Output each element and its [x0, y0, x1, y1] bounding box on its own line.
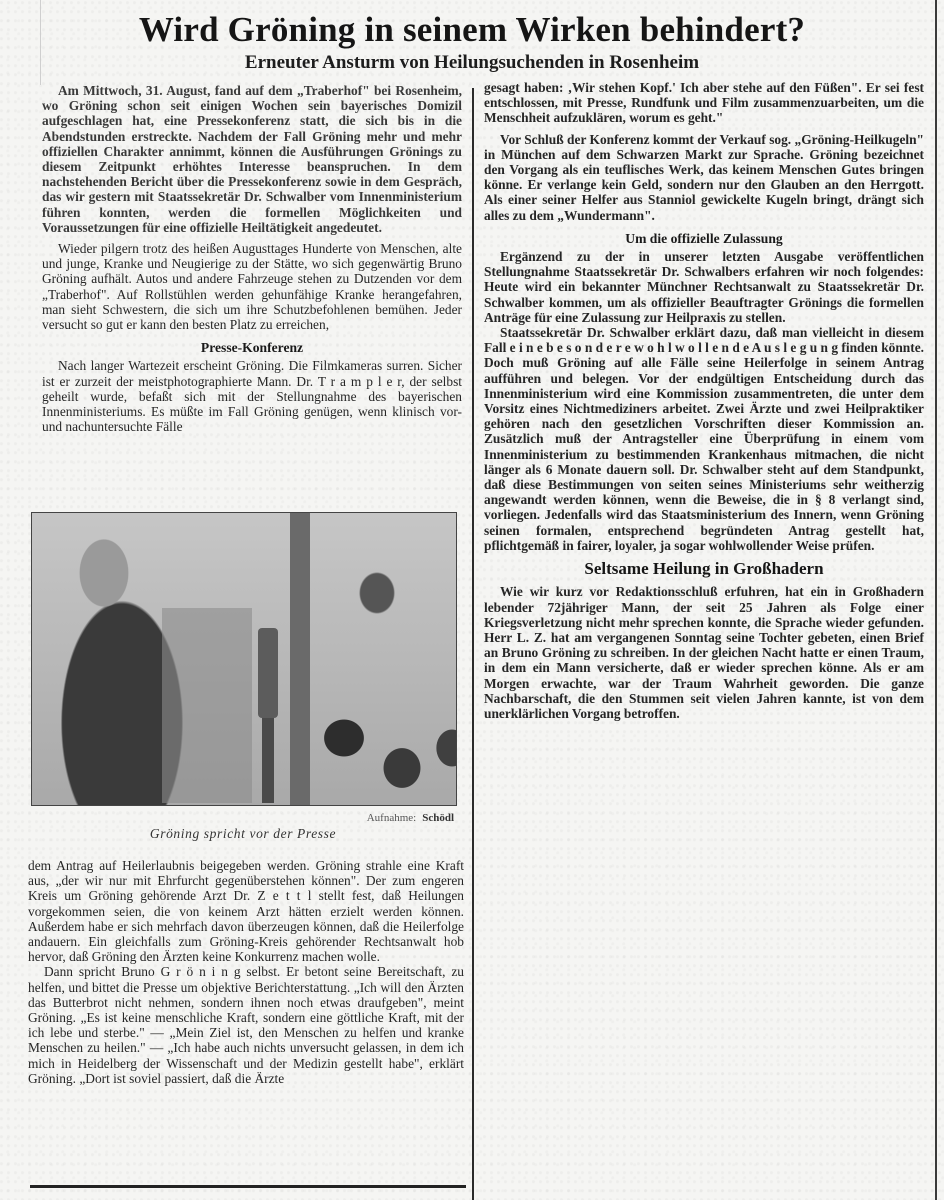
- photo-background-wall: [162, 608, 252, 803]
- press-conference-photo: [31, 512, 457, 806]
- newspaper-page: Wird Gröning in seinem Wirken behindert?…: [0, 0, 944, 1200]
- paragraph: gesagt haben: ‚Wir stehen Kopf.' Ich abe…: [484, 80, 924, 126]
- photo-caption: Gröning spricht vor der Presse: [31, 826, 455, 842]
- section-heading-presse-konferenz: Presse-Konferenz: [42, 340, 462, 355]
- paragraph: Dann spricht Bruno G r ö n i n g selbst.…: [28, 964, 464, 1086]
- microphone: [258, 628, 278, 718]
- paragraph: dem Antrag auf Heilerlaubnis beigegeben …: [28, 858, 464, 964]
- left-column-bottom: dem Antrag auf Heilerlaubnis beigegeben …: [28, 858, 464, 1086]
- subarticle-heading: Seltsame Heilung in Großhadern: [484, 561, 924, 576]
- paragraph: Staatssekretär Dr. Schwalber erklärt daz…: [484, 325, 924, 553]
- paragraph: Nach langer Wartezeit erscheint Gröning.…: [42, 358, 462, 434]
- paragraph: Vor Schluß der Konferenz kommt der Verka…: [484, 132, 924, 223]
- subheadline: Erneuter Ansturm von Heilungsuchenden in…: [0, 52, 944, 74]
- headline: Wird Gröning in seinem Wirken behindert?: [0, 10, 944, 50]
- bottom-rule: [30, 1185, 466, 1188]
- paragraph: Wie wir kurz vor Redaktionsschluß erfuhr…: [484, 584, 924, 721]
- photo-credit-label: Aufnahme:: [367, 812, 416, 824]
- paragraph: Wieder pilgern trotz des heißen Augustta…: [42, 241, 462, 332]
- left-column-top: Am Mittwoch, 31. August, fand auf dem „T…: [42, 83, 462, 434]
- photo-credit-name: Schödl: [422, 812, 454, 824]
- lead-paragraph: Am Mittwoch, 31. August, fand auf dem „T…: [42, 83, 462, 235]
- photo-credit: Aufnahme:Schödl: [300, 812, 454, 824]
- paragraph: Ergänzend zu der in unserer letzten Ausg…: [484, 249, 924, 325]
- column-divider: [472, 88, 474, 1200]
- right-column: gesagt haben: ‚Wir stehen Kopf.' Ich abe…: [484, 80, 924, 721]
- right-border-rule: [935, 0, 937, 1200]
- section-heading-zulassung: Um die offizielle Zulassung: [484, 231, 924, 246]
